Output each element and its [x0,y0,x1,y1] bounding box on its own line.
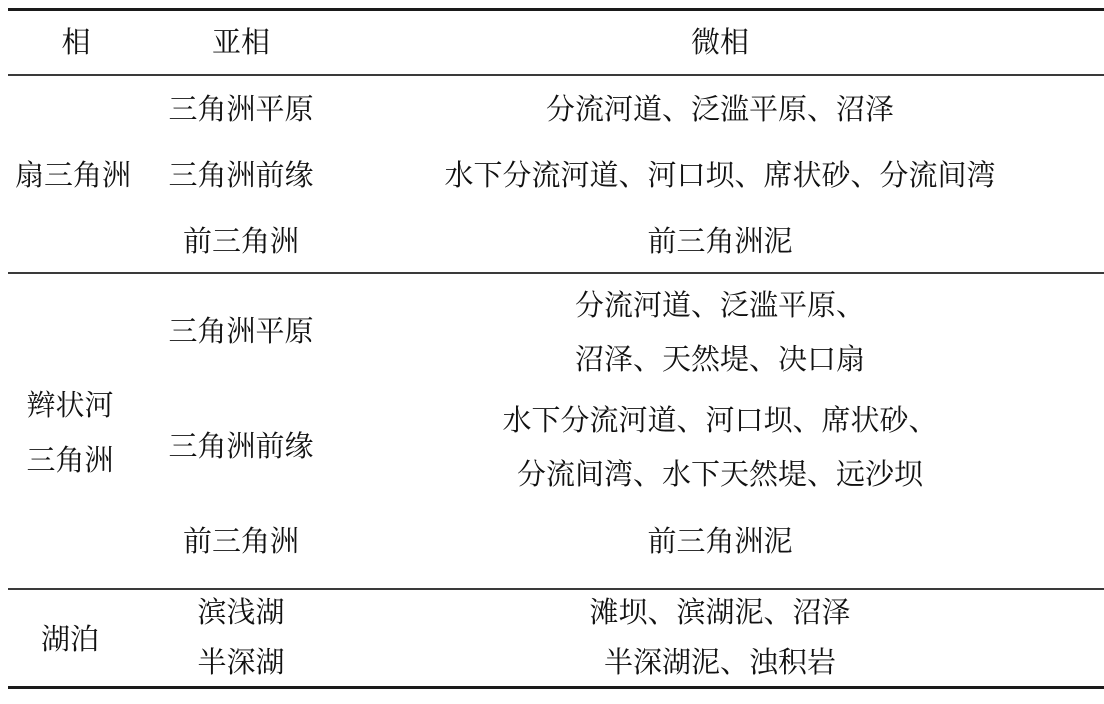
bottom-rule [8,686,1104,689]
microfacies-cell: 前三角洲泥 [647,224,792,258]
facies-fan-delta: 扇三角洲 [15,158,131,192]
microfacies-cell: 分流河道、泛滥平原、沼泽 [546,92,894,126]
microfacies-cell: 沼泽、天然堤、决口扇 [575,342,865,376]
subfacies-cell: 三角洲前缘 [168,158,313,192]
subfacies-cell: 三角洲平原 [168,92,313,126]
subfacies-cell: 滨浅湖 [197,595,284,629]
facies-braided-delta-line1: 辫状河 [26,388,113,422]
microfacies-cell: 前三角洲泥 [647,524,792,558]
subfacies-cell: 三角洲平原 [168,314,313,348]
subfacies-cell: 前三角洲 [183,224,299,258]
section-rule-2 [8,588,1104,590]
microfacies-cell: 分流间湾、水下天然堤、远沙坝 [517,457,923,491]
microfacies-cell: 滩坝、滨湖泥、沼泽 [589,595,850,629]
header-subfacies: 亚相 [212,25,270,59]
subfacies-cell: 前三角洲 [183,524,299,558]
microfacies-cell: 分流河道、泛滥平原、 [575,288,865,322]
top-rule [8,8,1104,11]
microfacies-cell: 水下分流河道、河口坝、席状砂、分流间湾 [444,158,995,192]
header-microfacies: 微相 [691,25,749,59]
subfacies-cell: 三角洲前缘 [168,429,313,463]
header-rule [8,74,1104,76]
facies-lake: 湖泊 [41,622,99,656]
microfacies-cell: 水下分流河道、河口坝、席状砂、 [502,403,937,437]
microfacies-cell: 半深湖泥、浊积岩 [604,645,836,679]
header-facies: 相 [61,25,90,59]
section-rule-1 [8,272,1104,274]
facies-braided-delta-line2: 三角洲 [26,443,113,477]
subfacies-cell: 半深湖 [197,645,284,679]
